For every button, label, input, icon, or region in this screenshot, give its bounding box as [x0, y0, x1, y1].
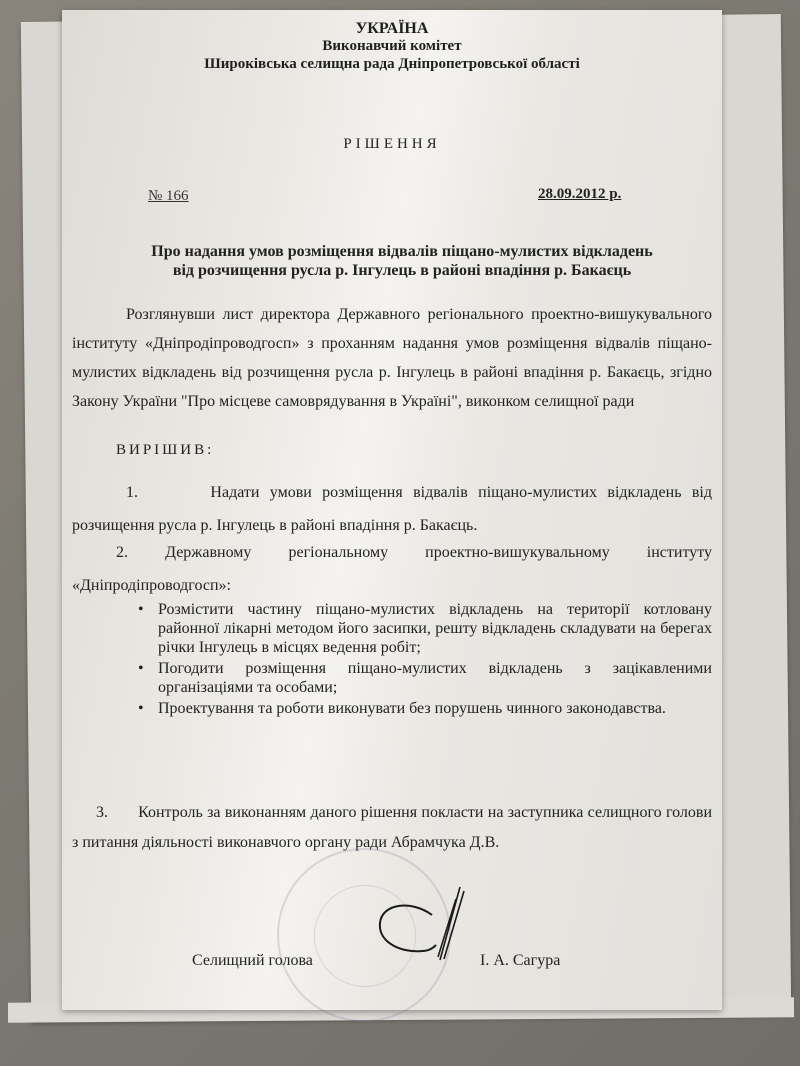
decision-item-2: 2. Державному регіональному проектно-виш… [72, 536, 712, 602]
bullet-item: • Розмістити частину піщано-мулистих від… [132, 600, 712, 657]
committee-name: Виконавчий комітет [62, 37, 722, 55]
document-title: РІШЕННЯ [62, 136, 722, 153]
bullet-text: Погодити розміщення піщано-мулистих відк… [158, 660, 712, 696]
decision-date: 28.09.2012 р. [538, 186, 621, 203]
preamble-paragraph: Розглянувши лист директора Державного ре… [72, 300, 712, 416]
document-header: УКРАЇНА Виконавчий комітет Широківська с… [62, 20, 722, 73]
bullet-icon: • [138, 699, 144, 718]
item-text: Державному регіональному проектно-вишуку… [72, 544, 712, 594]
council-name: Широківська селищна рада Дніпропетровськ… [62, 55, 722, 73]
item-number: 3. [96, 804, 108, 821]
signature-icon [372, 885, 482, 965]
decision-item-1: 1. Надати умови розміщення відвалів піща… [72, 476, 712, 542]
item-number: 1. [126, 484, 138, 501]
decided-heading: ВИРІШИВ: [116, 442, 214, 459]
item-2-bullet-list: • Розмістити частину піщано-мулистих від… [132, 600, 712, 720]
decision-number: № 166 [148, 188, 189, 205]
bullet-text: Проектування та роботи виконувати без по… [158, 700, 666, 717]
bullet-item: • Проектування та роботи виконувати без … [132, 699, 712, 718]
subject-line-2: від розчищення русла р. Інгулець в район… [92, 261, 712, 280]
item-text: Контроль за виконанням даного рішення по… [72, 804, 712, 851]
bullet-item: • Погодити розміщення піщано-мулистих ві… [132, 659, 712, 697]
decision-item-3: 3. Контроль за виконанням даного рішення… [72, 798, 712, 858]
signatory-role: Селищний голова [192, 952, 313, 970]
signatory-name: І. А. Сагура [480, 952, 560, 970]
country-name: УКРАЇНА [62, 20, 722, 37]
decision-subject: Про надання умов розміщення відвалів піщ… [92, 242, 712, 280]
subject-line-1: Про надання умов розміщення відвалів піщ… [92, 242, 712, 261]
item-text: Надати умови розміщення відвалів піщано-… [72, 484, 712, 534]
bullet-icon: • [138, 659, 144, 678]
item-number: 2. [116, 544, 128, 561]
document-page: УКРАЇНА Виконавчий комітет Широківська с… [62, 10, 722, 1010]
bullet-icon: • [138, 600, 144, 619]
bullet-text: Розмістити частину піщано-мулистих відкл… [158, 601, 712, 656]
